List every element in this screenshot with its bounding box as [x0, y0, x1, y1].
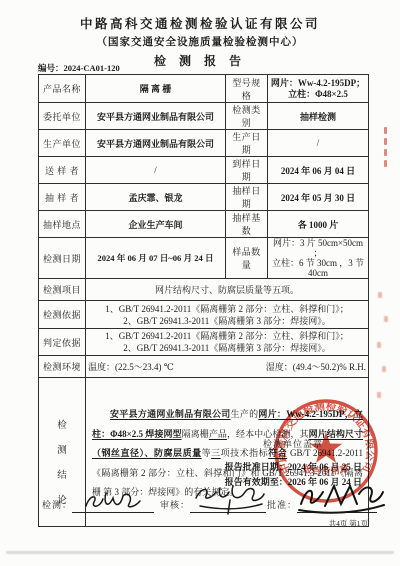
- table-row: 检测项目 网片结构尺寸、防腐层质量等五项。: [39, 279, 369, 301]
- table-row: 抽 样 者 孟庆霏、银龙 抽样日期 2024 年 05 月 30 日: [39, 184, 369, 211]
- model-line1: 网片：Ww-4.2-195DP；: [270, 78, 366, 89]
- sample-qty-value: 网片：3 片 50cm×50cm ； 立柱：6 节 30cm ，3 节 40cm: [268, 238, 369, 279]
- test-date-label: 检测日期: [39, 238, 86, 279]
- test-date-value: 2024 年 06 月 07 日~06 月 24 日: [86, 238, 226, 279]
- conclusion-label-char: 测: [57, 446, 67, 456]
- arrival-date-value: 2024 年 06 月 04 日: [268, 157, 369, 184]
- test-basis-line1: 1、GB/T 26941.2-2011《隔离栅第 2 部分：立柱、斜撑和门》；: [88, 303, 366, 315]
- valid-date-line: 报告有效期至：2026 年 06 月 24 日: [178, 475, 362, 490]
- sampling-date-label: 抽样日期: [226, 184, 268, 211]
- sampling-place-label: 抽样地点: [39, 211, 86, 238]
- temperature-value: 温度：(22.5～23.4) ℃: [88, 360, 174, 373]
- production-date-value: /: [268, 130, 369, 157]
- page-info: 共4页 第1页: [329, 518, 368, 529]
- center-name: （国家交通安全设施质量检验检测中心）: [0, 34, 400, 49]
- tester-signature-line: [72, 494, 154, 513]
- humidity-value: 湿度：(49.4～50.2)% R.H.: [266, 360, 366, 373]
- red-ink-bleed-mark: [384, 127, 387, 167]
- sample-base-value: 各 1000 片: [268, 211, 369, 238]
- table-row: 检测环境 温度：(22.5～23.4) ℃ 湿度：(49.4～50.2)% R.…: [39, 356, 369, 378]
- conclusion-segment: 三: [211, 448, 221, 458]
- report-number: 编号：2024-CA01-120: [38, 62, 120, 74]
- report-page: 中路高科交通检测检验认证有限公司 （国家交通安全设施质量检验检测中心） 检 测 …: [0, 0, 400, 566]
- test-basis-line2: 2、GB/T 26941.3-2011《隔离栅第 3 部分：焊接网》。: [88, 315, 366, 327]
- tester-signature: [72, 486, 154, 516]
- model-line2: 立柱：Φ48×2.5: [270, 89, 366, 100]
- sampler-value: 孟庆霏、银龙: [86, 184, 226, 211]
- conclusion-segment: 生产的: [231, 409, 259, 419]
- company-name: 中路高科交通检测检验认证有限公司: [0, 14, 400, 32]
- sample-sender-value: /: [86, 157, 226, 184]
- table-row: 判定依据 1、GB/T 26941.2-2011《隔离栅第 2 部分：立柱、斜撑…: [39, 329, 369, 356]
- approver-label: 批准：: [267, 498, 297, 513]
- stamp-caption: 检测单位盖章: [263, 437, 323, 450]
- environment-value: 温度：(22.5～23.4) ℃ 湿度：(49.4～50.2)% R.H.: [86, 356, 369, 378]
- report-header: 中路高科交通检测检验认证有限公司 （国家交通安全设施质量检验检测中心） 检 测 …: [0, 14, 400, 69]
- approver-signature-line: [297, 494, 377, 513]
- table-row: 送 样 者 / 到样日期 2024 年 06 月 04 日: [39, 157, 369, 184]
- conclusion-segment: 安平县方通网业制品有限公司: [110, 409, 231, 419]
- conclusion-segment: 项技术指标: [221, 448, 269, 458]
- sample-qty-line1: 网片：3 片 50cm×50cm ；: [270, 238, 366, 258]
- sample-base-label: 抽样基数: [226, 211, 268, 238]
- sample-qty-label: 样品数量: [226, 238, 268, 279]
- sampling-place-value: 企业生产车间: [86, 211, 226, 238]
- manufacturer-label: 生产单位: [39, 130, 86, 157]
- model-spec-label: 型号规格: [226, 75, 268, 103]
- tester-label: 检测：: [42, 498, 72, 513]
- production-date-label: 生产日期: [226, 130, 268, 157]
- sample-qty-line2: 立柱：6 节 30cm ，3 节 40cm: [270, 258, 366, 278]
- tester-sign-group: 检测：: [42, 494, 154, 513]
- arrival-date-label: 到样日期: [226, 157, 268, 184]
- product-name-label: 产品名称: [39, 75, 86, 103]
- approve-date-line: 报告批准日期：2024 年 06 月 25 日: [178, 460, 362, 475]
- table-row: 产品名称 隔 离 栅 型号规格 网片：Ww-4.2-195DP； 立柱：Φ48×…: [39, 75, 369, 103]
- sampler-label: 抽 样 者: [39, 184, 86, 211]
- red-ink-bleed-mark: [384, 316, 388, 322]
- sample-sender-label: 送 样 者: [39, 157, 86, 184]
- conclusion-label-char: 检: [57, 421, 67, 431]
- test-basis-value: 1、GB/T 26941.2-2011《隔离栅第 2 部分：立柱、斜撑和门》； …: [86, 301, 369, 329]
- red-ink-bleed-mark: [377, 392, 381, 398]
- test-items-label: 检测项目: [39, 279, 86, 301]
- test-type-label: 检测类别: [226, 103, 268, 130]
- model-spec-value: 网片：Ww-4.2-195DP； 立柱：Φ48×2.5: [268, 75, 369, 103]
- approver-sign-group: 批准：: [267, 494, 377, 513]
- client-label: 委托单位: [39, 103, 86, 130]
- table-row: 生产单位 安平县方通网业制品有限公司 生产日期 /: [39, 130, 369, 157]
- conclusion-segment: 产品: [209, 429, 227, 439]
- red-ink-bleed-mark: [382, 366, 386, 372]
- table-row: 检测依据 1、GB/T 26941.2-2011《隔离栅第 2 部分：立柱、斜撑…: [39, 301, 369, 329]
- reviewer-sign-group: 审核：: [160, 494, 266, 513]
- sampling-date-value: 2024 年 05 月 30 日: [268, 184, 369, 211]
- report-dates: 报告批准日期：2024 年 06 月 25 日 报告有效期至：2026 年 06…: [178, 460, 362, 490]
- client-value: 安平县方通网业制品有限公司: [86, 103, 226, 130]
- judgment-basis-line1: 1、GB/T 26941.2-2011《隔离栅第 2 部分：立柱、斜撑和门》；: [88, 330, 366, 342]
- reviewer-label: 审核：: [160, 498, 190, 513]
- table-row: 委托单位 安平县方通网业制品有限公司 检测类别 抽样检测: [39, 103, 369, 130]
- table-row: 抽样地点 企业生产车间 抽样基数 各 1000 片: [39, 211, 369, 238]
- red-ink-bleed-mark: [378, 292, 382, 298]
- conclusion-label-char: 结: [57, 471, 67, 481]
- conclusion-segment: 隔离栅: [182, 429, 209, 439]
- test-basis-label: 检测依据: [39, 301, 86, 329]
- test-items-value: 网片结构尺寸、防腐层质量等五项。: [86, 279, 369, 301]
- manufacturer-value: 安平县方通网业制品有限公司: [86, 130, 226, 157]
- environment-label: 检测环境: [39, 356, 86, 378]
- judgment-basis-line2: 2、GB/T 26941.3-2011《隔离栅第 3 部分：焊接网》。: [88, 342, 366, 354]
- table-row: 检测日期 2024 年 06 月 07 日~06 月 24 日 样品数量 网片：…: [39, 238, 369, 279]
- scan-edge-line: [6, 551, 394, 554]
- test-type-value: 抽样检测: [268, 103, 369, 130]
- judgment-basis-label: 判定依据: [39, 329, 86, 356]
- red-ink-bleed-mark: [377, 342, 381, 348]
- product-name-value: 隔 离 栅: [86, 75, 226, 103]
- conclusion-segment: 等: [202, 448, 212, 458]
- judgment-basis-value: 1、GB/T 26941.2-2011《隔离栅第 2 部分：立柱、斜撑和门》； …: [86, 329, 369, 356]
- reviewer-signature-line: [190, 494, 266, 513]
